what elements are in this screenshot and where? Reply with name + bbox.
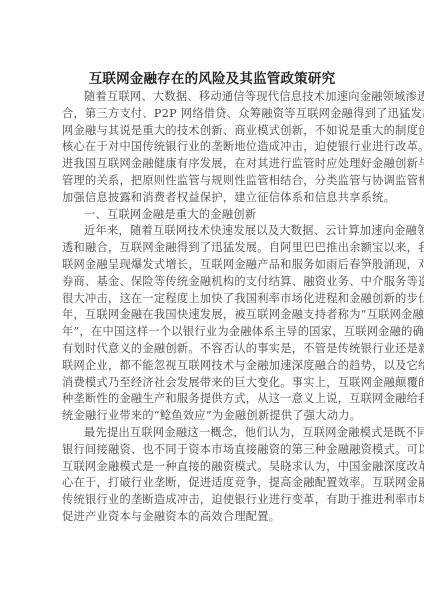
text-line: 心在于，打破行业垄断，促进适度竞争，提高金融配置效率。互联网金融对中国 (62, 475, 362, 492)
text-line: 促进产业资本与金融资本的高效合理配置。 (62, 509, 362, 526)
text-line: 传统银行业的垄断造成冲击，迫使银行业进行变革，有助于推进利率市场化， (62, 492, 362, 509)
text-line: 银行间接融资、也不同于资本市场直接融资的第三种金融融资模式。可以说， (62, 442, 362, 459)
document-title: 互联网金融存在的风险及其监管政策研究 (0, 70, 424, 88)
text-line: 网金融与其说是重大的技术创新、商业模式创新，不如说是重大的制度创新，其 (62, 123, 362, 140)
text-line: 有划时代意义的金融创新。不容否认的事实是，不管是传统银行业还是新兴互 (62, 341, 362, 358)
section-heading: 一、互联网金融是重大的金融创新 (62, 207, 362, 224)
text-line: 联网企业，都不能忽视互联网技术与金融加速深度融合的趋势，以及它给人类 (62, 358, 362, 375)
text-line: 核心在于对中国传统银行业的垄断地位造成冲击，迫使银行业进行改革。为促 (62, 139, 362, 156)
text-line: 消费模式乃至经济社会发展带来的巨大变化。事实上，互联网金融颠覆的是一 (62, 375, 362, 392)
text-line: 券商、基金、保险等传统金融机构的支付结算、融资业务、中介服务等造成了 (62, 274, 362, 291)
text-line: 合，第三方支付、P2P 网络借贷、众筹融资等互联网金融得到了迅猛发展。互联 (62, 106, 362, 123)
text-line: 统金融行业带来的“鲶鱼效应”为金融创新提供了强大动力。 (62, 408, 362, 425)
document-page: 互联网金融存在的风险及其监管政策研究 随着互联网、大数据、移动通信等现代信息技术… (0, 0, 424, 600)
text-line: 种垄断性的金融生产和服务提供方式，从这一意义上说，互联网金融给我国传 (62, 391, 362, 408)
text-line: 年，互联网金融在我国快速发展，被互联网金融支持者称为“互联网金融元 (62, 307, 362, 324)
text-line: 年”，在中国这样一个以银行业为金融体系主导的国家，互联网金融的确是具 (62, 324, 362, 341)
text-line: 加强信息披露和消费者权益保护，建立征信体系和信息共享系统。 (62, 190, 362, 207)
text-line: 透和融合，互联网金融得到了迅猛发展。自阿里巴巴推出余额宝以来，我国互 (62, 240, 362, 257)
text-line: 互联网金融模式是一种直接的融资模式。吴晓求认为，中国金融深度改革的核 (62, 459, 362, 476)
text-line: 近年来，随着互联网技术快速发展以及大数据、云计算加速向金融领域渗 (62, 223, 362, 240)
text-line: 很大冲击，这在一定程度上加快了我国利率市场化进程和金融创新的步伐。2013 (62, 291, 362, 308)
text-line: 最先提出互联网金融这一概念，他们认为，互联网金融模式是既不同于商业 (62, 425, 362, 442)
text-line: 进我国互联网金融健康有序发展，在对其进行监管时应处理好金融创新与风险 (62, 156, 362, 173)
text-line: 随着互联网、大数据、移动通信等现代信息技术加速向金融领域渗透和融 (62, 89, 362, 106)
document-body: 随着互联网、大数据、移动通信等现代信息技术加速向金融领域渗透和融 合，第三方支付… (62, 89, 362, 526)
text-line: 联网金融呈现爆发式增长，互联网金融产品和服务如雨后春笋般涌现，对银行、 (62, 257, 362, 274)
text-line: 管理的关系，把原则性监管与规则性监管相结合，分类监管与协调监管相结合， (62, 173, 362, 190)
